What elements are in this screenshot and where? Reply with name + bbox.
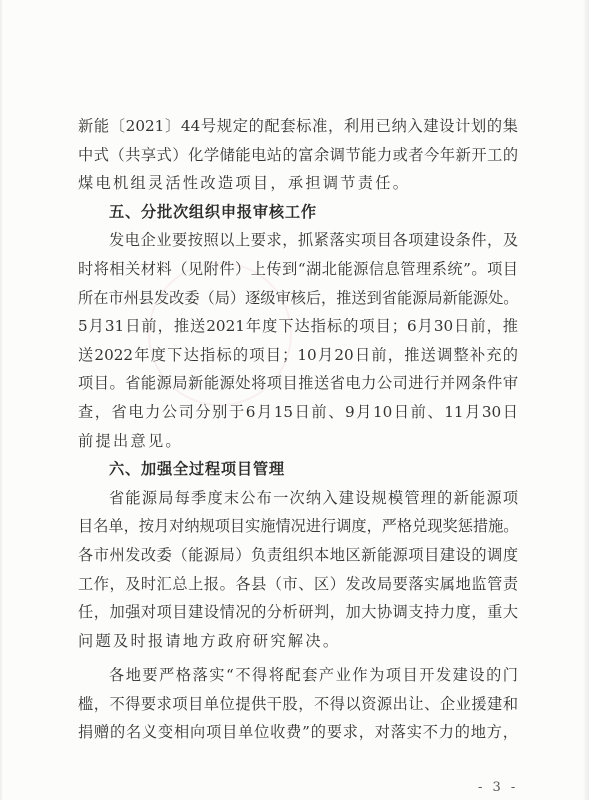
text-line: 5月31日前，推送2021年度下达指标的项目；6月30日前，推 — [78, 312, 518, 341]
text-line: 目名单，按月对纳规项目实施情况进行调度，严格兑现奖惩措施。 — [78, 512, 518, 541]
text-line: 各地要严格落实“不得将配套产业作为项目开发建设的门 — [78, 661, 518, 690]
text-line: 任，加强对项目建设情况的分析研判，加大协调支持力度，重大 — [78, 598, 518, 627]
text-line: 各市州发改委（能源局）负责组织本地区新能源项目建设的调度 — [78, 541, 518, 570]
text-line: 中式（共享式）化学储能电站的富余调节能力或者今年新开工的 — [78, 141, 518, 170]
text-line: 所在市州县发改委（局）逐级审核后，推送到省能源局新能源处。 — [78, 284, 518, 313]
text-line: 时将相关材料（见附件）上传到“湖北能源信息管理系统”。项目 — [78, 255, 518, 284]
paragraph-requirements: 各地要严格落实“不得将配套产业作为项目开发建设的门 槛，不得要求项目单位提供干股… — [78, 661, 518, 747]
text-line: 槛，不得要求项目单位提供干股，不得以资源出让、企业援建和 — [78, 690, 518, 719]
text-line: 查，省电力公司分别于6月15日前、9月10日前、11月30日 — [78, 398, 518, 427]
text-line: 项目。省能源局新能源处将项目推送省电力公司进行并网条件审 — [78, 369, 518, 398]
paragraph-submission-schedule: 发电企业要按照以上要求，抓紧落实项目各项建设条件，及 时将相关材料（见附件）上传… — [78, 226, 518, 455]
text-line: 问题及时报请地方政府研究解决。 — [78, 627, 518, 656]
text-line: 新能〔2021〕44号规定的配套标准，利用已纳入建设计划的集 — [78, 112, 518, 141]
text-line: 发电企业要按照以上要求，抓紧落实项目各项建设条件，及 — [78, 226, 518, 255]
text-line: 省能源局每季度末公布一次纳入建设规模管理的新能源项 — [78, 484, 518, 513]
text-line: 前提出意见。 — [78, 427, 518, 456]
section-heading-6: 六、加强全过程项目管理 — [78, 455, 518, 484]
document-page: 新能〔2021〕44号规定的配套标准，利用已纳入建设计划的集 中式（共享式）化学… — [0, 0, 589, 800]
text-line: 煤电机组灵活性改造项目，承担调节责任。 — [78, 169, 518, 198]
document-body: 新能〔2021〕44号规定的配套标准，利用已纳入建设计划的集 中式（共享式）化学… — [78, 112, 518, 747]
paragraph-continuation: 新能〔2021〕44号规定的配套标准，利用已纳入建设计划的集 中式（共享式）化学… — [78, 112, 518, 198]
text-line: 送2022年度下达指标的项目；10月20日前，推送调整补充的 — [78, 341, 518, 370]
paragraph-project-management: 省能源局每季度末公布一次纳入建设规模管理的新能源项 目名单，按月对纳规项目实施情… — [78, 484, 518, 656]
page-right-shadow — [583, 0, 589, 800]
page-number: - 3 - — [478, 780, 518, 795]
page-left-shadow — [0, 0, 3, 800]
section-heading-5: 五、分批次组织申报审核工作 — [78, 198, 518, 227]
text-line: 捐赠的名义变相向项目单位收费”的要求，对落实不力的地方， — [78, 718, 518, 747]
text-line: 工作，及时汇总上报。各县（市、区）发改局要落实属地监管责 — [78, 570, 518, 599]
